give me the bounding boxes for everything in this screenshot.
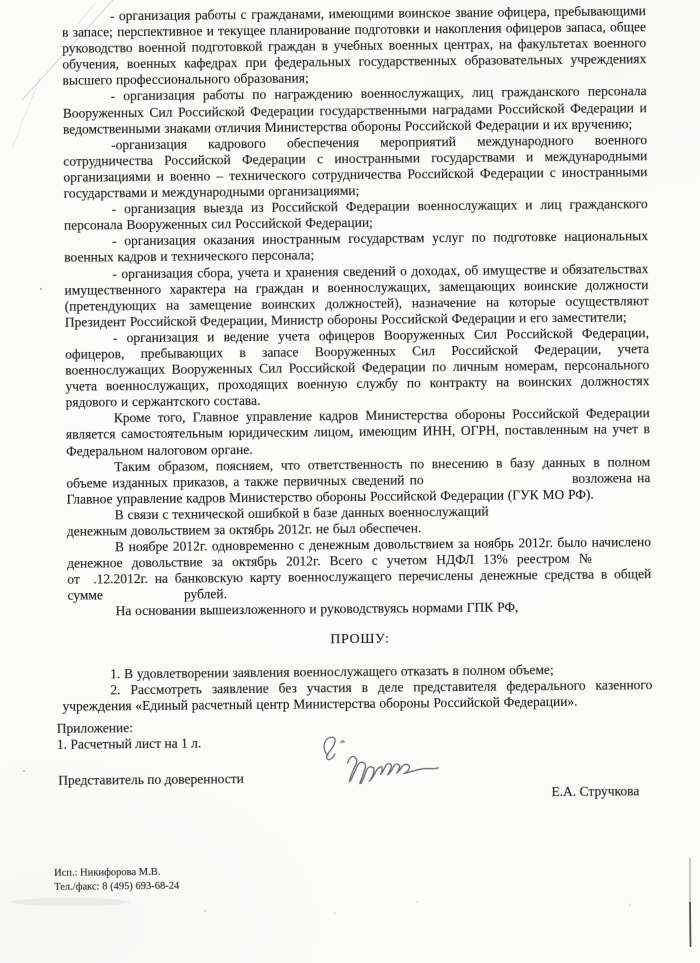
document-body: - организация работы с гражданами, имеющ… [62,3,652,620]
doc-paragraph: - организация работы с гражданами, имеющ… [62,3,647,89]
doc-paragraph: Кроме того, Главное управление кадров Ми… [66,406,650,460]
request-heading: ПРОШУ: [68,629,652,651]
doc-paragraph: - организация работы по награждению воен… [63,84,647,138]
executor-name: Исп.: Никифорова М.В. [54,866,179,881]
request-list: 1. В удовлетворении заявления военнослуж… [62,661,652,715]
document-content: - организация работы с гражданами, имеющ… [62,3,655,959]
attachment-label: Приложение: [57,719,202,736]
doc-paragraph: В ноябре 2012г. одновременно с денежным … [67,534,652,604]
ink-speck [23,770,25,772]
scan-edge-line [690,902,691,947]
request-item: 2. Рассмотреть заявление без участия в д… [62,677,652,715]
doc-paragraph: - организация и ведение учета офицеров В… [65,325,650,411]
signature-name: Е.А. Стручкова [551,783,639,800]
signature-role: Представитель по доверенности [58,771,244,789]
executor-phone: Тел./факс: 8 (495) 693-68-24 [54,879,179,894]
scanned-document-page: - организация работы с гражданами, имеющ… [0,0,700,963]
doc-paragraph: - организация сбора, учета и хранения св… [64,261,649,331]
ink-speck [40,288,42,290]
doc-paragraph: Таким образом, поясняем, что ответственн… [66,454,650,508]
handwritten-signature [313,718,467,788]
attachment-section: Приложение: 1. Расчетный лист на 1 л. [57,719,202,752]
doc-paragraph: -организация кадрового обеспечения мероп… [63,132,648,202]
executor-footer: Исп.: Никифорова М.В. Тел./факс: 8 (495)… [54,866,179,894]
attachment-item: 1. Расчетный лист на 1 л. [57,735,202,752]
crease-line [12,78,40,148]
